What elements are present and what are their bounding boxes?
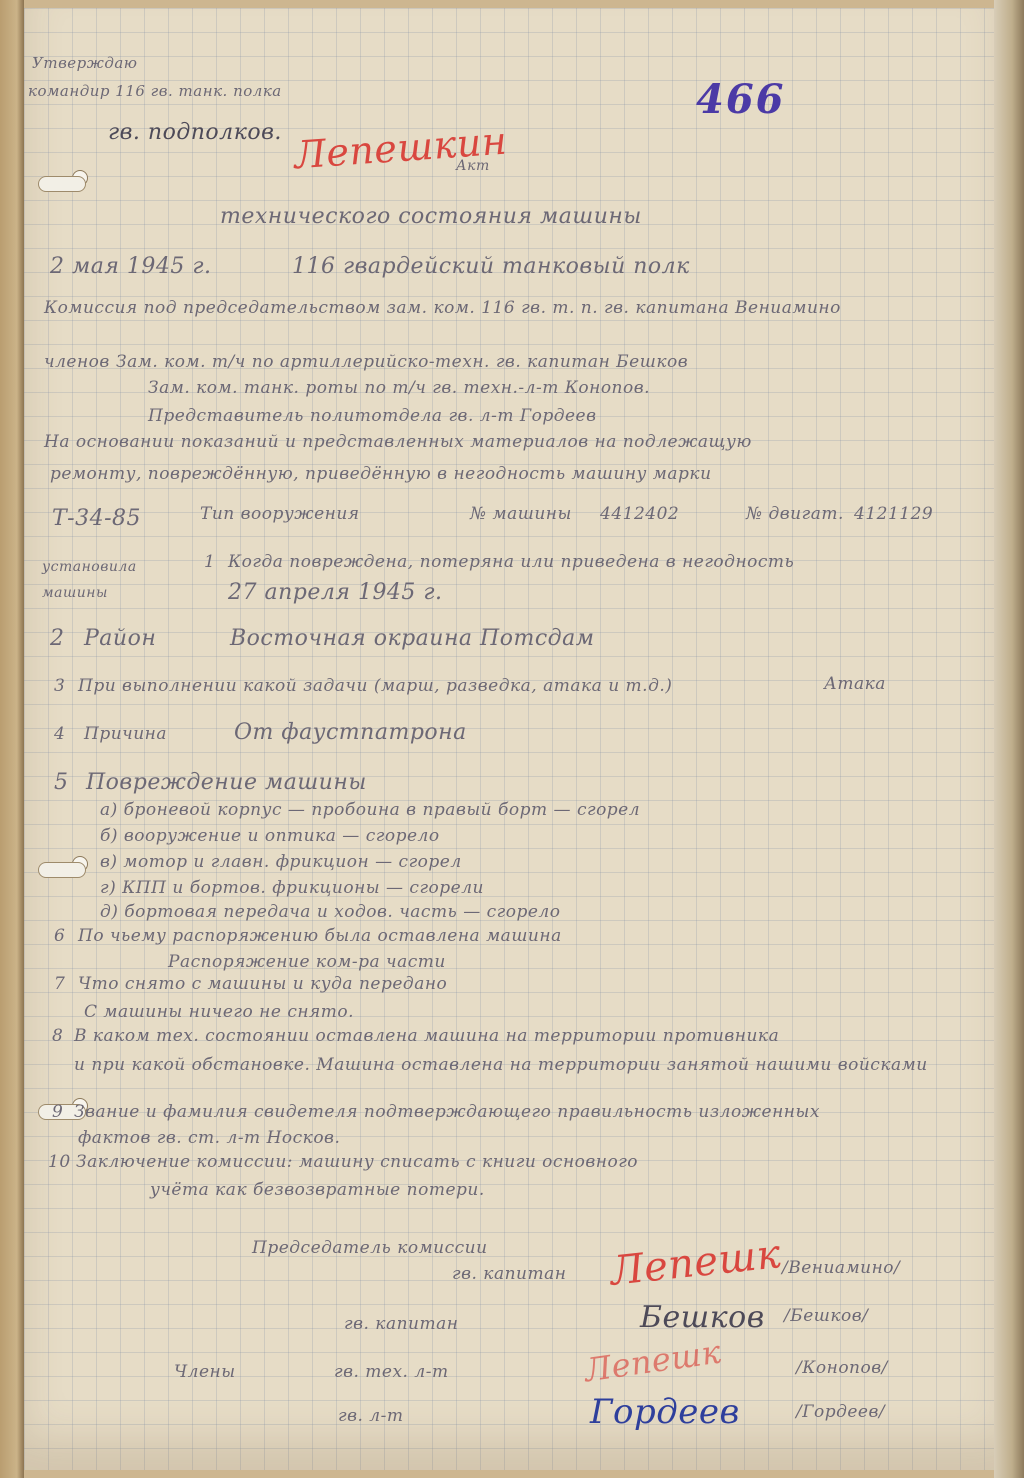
item-text: Заключение комиссии: машину списать с кн…: [76, 1152, 638, 1172]
item-number: 2: [50, 626, 65, 651]
document-date: 2 мая 1945 г.: [50, 254, 212, 279]
item-text: Повреждение машины: [86, 770, 367, 795]
item-text: Причина: [84, 724, 167, 744]
page-number: 466: [696, 76, 786, 123]
member2-name: /Конопов/: [796, 1358, 888, 1378]
unit-name: 116 гвардейский танковый полк: [292, 254, 690, 279]
approval-line-1: Утверждаю: [32, 54, 137, 72]
item-value: Восточная окраина Потсдам: [230, 626, 594, 651]
commission-intro: Комиссия под председательством зам. ком.…: [44, 298, 841, 318]
damage-line: а) броневой корпус — пробоина в правый б…: [100, 800, 640, 820]
established-label: установила машины: [42, 554, 126, 606]
chair-name: /Вениамино/: [782, 1258, 900, 1278]
item-number: 9: [52, 1102, 63, 1122]
item-text: В каком тех. состоянии оставлена машина …: [74, 1026, 779, 1046]
item-value: С машины ничего не снято.: [84, 1002, 354, 1022]
member1-rank: гв. капитан: [344, 1314, 458, 1334]
item-number: 10: [48, 1152, 71, 1172]
item-value: От фаустпатрона: [234, 720, 467, 745]
item-text: При выполнении какой задачи (марш, разве…: [78, 676, 672, 696]
members-label: Члены: [174, 1362, 236, 1382]
machine-no-label: № машины: [470, 504, 572, 524]
chair-rank: гв. капитан: [452, 1264, 566, 1284]
armament-type-label: Тип вооружения: [200, 504, 360, 524]
item-value: и при какой обстановке. Машина оставлена…: [74, 1052, 934, 1078]
member1-name: /Бешков/: [784, 1306, 868, 1326]
item-value: 27 апреля 1945 г.: [228, 580, 443, 605]
item-text: Район: [84, 626, 156, 651]
member3-signature: Гордеев: [590, 1392, 740, 1432]
item-value: фактов гв. ст. л-т Носков.: [78, 1128, 340, 1148]
damage-line: д) бортовая передача и ходов. часть — сг…: [100, 902, 560, 922]
member3-name: /Гордеев/: [796, 1402, 885, 1422]
member1-signature: Бешков: [640, 1300, 765, 1335]
basis-line: ремонту, повреждённую, приведённую в нег…: [50, 464, 712, 484]
damage-line: г) КПП и бортов. фрикционы — сгорели: [100, 878, 484, 898]
engine-no-label: № двигат.: [746, 504, 844, 524]
approval-line-2: командир 116 гв. танк. полка: [28, 82, 282, 100]
member2-signature: Лепешк: [582, 1333, 724, 1390]
item-number: 3: [54, 676, 65, 696]
binder-ring: [38, 862, 86, 878]
page-stack-edge: [994, 0, 1024, 1478]
engine-no: 4121129: [854, 504, 933, 524]
item-value: Распоряжение ком-ра части: [168, 952, 446, 972]
approval-line-3: гв. подполков.: [108, 120, 282, 145]
item-number: 7: [54, 974, 65, 994]
chair-signature: Лепешк: [608, 1231, 783, 1295]
item-text: По чьему распоряжению была оставлена маш…: [78, 926, 562, 946]
basis-line: На основании показаний и представленных …: [44, 432, 752, 452]
chair-label: Председатель комиссии: [252, 1238, 488, 1258]
binder-ring: [38, 176, 86, 192]
item-number: 8: [52, 1026, 63, 1046]
item-number: 4: [54, 724, 65, 744]
item-number: 6: [54, 926, 65, 946]
item-text: Когда повреждена, потеряна или приведена…: [228, 552, 794, 572]
item-text: Звание и фамилия свидетеля подтверждающе…: [74, 1102, 820, 1122]
item-value: Атака: [824, 674, 886, 694]
commission-member: Зам. ком. танк. роты по т/ч гв. техн.-л-…: [148, 378, 650, 398]
vehicle-model: Т-34-85: [52, 506, 141, 531]
damage-line: в) мотор и главн. фрикцион — сгорел: [100, 852, 462, 872]
item-number: 5: [54, 770, 69, 795]
machine-no: 4412402: [600, 504, 679, 524]
member3-rank: гв. л-т: [338, 1406, 403, 1426]
item-number: 1: [204, 552, 215, 572]
document-page: Утверждаю командир 116 гв. танк. полка г…: [24, 8, 1005, 1470]
members-label: членов: [44, 352, 110, 372]
document-title: технического состояния машины: [220, 204, 642, 229]
act-label: Акт: [456, 158, 490, 174]
member2-rank: гв. тех. л-т: [334, 1362, 449, 1382]
damage-line: б) вооружение и оптика — сгорело: [100, 826, 440, 846]
item-value: учёта как безвозвратные потери.: [150, 1180, 485, 1200]
commission-member: Зам. ком. т/ч по артиллерийско-техн. гв.…: [116, 352, 688, 372]
item-text: Что снято с машины и куда передано: [78, 974, 447, 994]
binding-edge: [0, 0, 24, 1478]
commission-member: Представитель политотдела гв. л-т Гордее…: [148, 406, 597, 426]
